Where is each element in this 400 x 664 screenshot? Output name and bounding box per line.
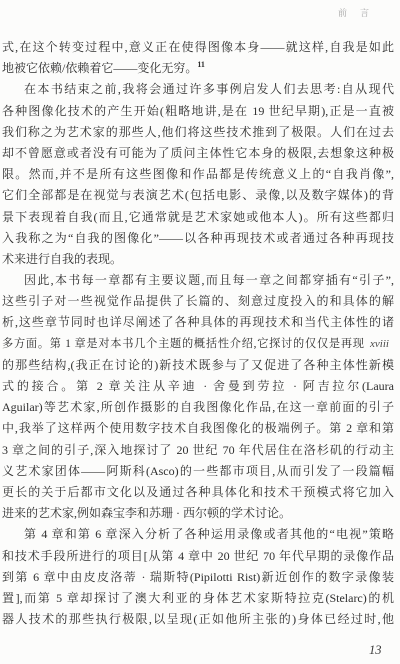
body-line: 它们全部都是在视觉与表演艺术(包括电影、录像,以及数字媒体)的背 (2, 185, 394, 206)
body-line: 的那些结构,(我正在讨论的)新技术既参与了又促进了各种主体性新模 (2, 355, 394, 376)
margin-note-original-page: xviii (370, 338, 389, 350)
body-line: 置],而第 5 章却探讨了澳大利亚的身体艺术家斯特拉克(Stelarc)的机 (2, 588, 394, 609)
body-line: 和技术手段所进行的项目[从第 4 章中 20 世纪 70 年代早期的录像作品 (2, 546, 394, 567)
body-line: 析,这些章节同时也详尽阐述了各种具体的再现技术和当代主体性的诸 (2, 312, 394, 333)
body-line: 入我称之为“自我的图像化”——以各种再现技术或者通过各种再现技 (2, 228, 394, 249)
body-line: 限。然而,并不是所有这些图像和作品都是传统意义上的“自我肖像”, (2, 164, 394, 185)
body-line: 地被它依赖/依赖着它——变化无穷。11 (2, 58, 394, 79)
body-line: 第 4 章和第 6 章深入分析了各种运用录像或者其他的“电视”策略 (2, 524, 394, 545)
body-line: 景下表现着自我(而且,它通常就是艺术家她或他本人)。所有这些都归 (2, 207, 394, 228)
body-line: 3 章之间的引子,深入地探讨了 20 世纪 70 年代居住在洛杉矶的行动主 (2, 440, 394, 461)
body-line: 到第 6 章中由皮皮洛蒂 · 瑞斯特(Pipilotti Rist)新近创作的数… (2, 567, 394, 588)
running-header: 前 言 (338, 6, 371, 19)
body-line: 各种图像化技术的产生开始(粗略地讲,是在 19 世纪早期),正是一直被 (2, 101, 394, 122)
body-line: 这些引子对一些视觉作品提供了长篇的、刻意过度投入的和具体的解 (2, 291, 394, 312)
book-page: 前 言 式,在这个转变过程中,意义正在使得图像本身——就这样,自我是如此 地被它… (0, 0, 400, 664)
body-line: 义艺术家团体——阿斯科(Asco)的一些都市项目,从而引发了一段篇幅 (2, 461, 394, 482)
body-line: Aguilar)等艺术家,所创作摄影的自我图像化作品,在这一章前面的引子 (2, 397, 394, 418)
footnote-ref: 11 (197, 60, 205, 69)
body-line: 却不曾愿意或者没有可能为了质问主体性它本身的极限,去想象这种极 (2, 143, 394, 164)
body-line: 器人技术的那些执行极限,以呈现(正如他所主张的)身体已经过时,他 (2, 609, 394, 630)
body-text: 式,在这个转变过程中,意义正在使得图像本身——就这样,自我是如此 地被它依赖/依… (2, 37, 394, 630)
body-line: 更长的关于后都市文化以及通过各种具体化和技术干预模式将它加入 (2, 482, 394, 503)
body-line: 因此,本书每一章都有主要议题,而且每一章之间都穿插有“引子”, (2, 270, 394, 291)
page-number: 13 (369, 643, 382, 658)
body-line: 在本书结束之前,我将会通过许多事例启发人们去思考:自从现代 (2, 79, 394, 100)
body-line: 进来的艺术家,例如森宝李和苏珊 · 西尔顿的学术讨论。 (2, 503, 394, 524)
body-line: 式的接合。第 2 章关注从辛迪 · 舍曼到劳拉 · 阿吉拉尔(Laura (2, 376, 394, 397)
body-line: 中,我举了这样两个使用数字技术自我图像化的极端例子。第 2 章和第 (2, 418, 394, 439)
body-line: 我们称之为艺术家的那些人,他们将这些技术推到了极限。人们在过去 (2, 122, 394, 143)
body-line: 式,在这个转变过程中,意义正在使得图像本身——就这样,自我是如此 (2, 37, 394, 58)
body-line: 多方面。第 1 章是对本书几个主题的概括性介绍,它探讨的仅仅是再现 (2, 334, 394, 355)
body-line: 术来进行自我的表现。 (2, 249, 394, 270)
body-line-text: 地被它依赖/依赖着它——变化无穷。 (2, 61, 197, 75)
